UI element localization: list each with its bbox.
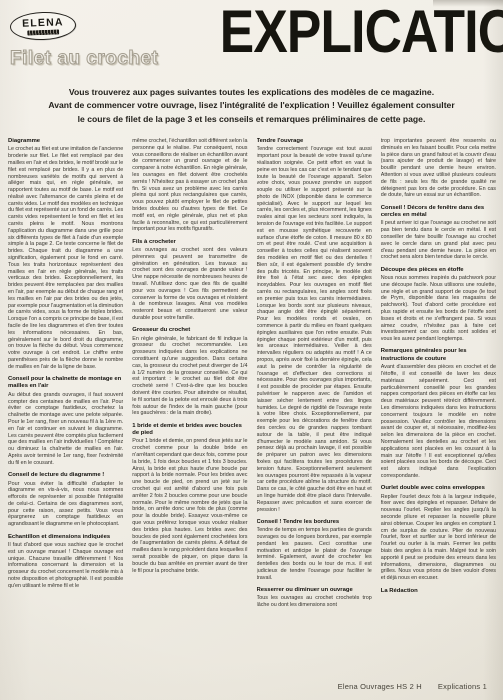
section-heading: Diagramme [8, 138, 123, 145]
section-heading: Conseil ! Décors de fenêtre dans des cer… [381, 205, 496, 220]
section-heading: Découpe des pièces en étoffe [381, 267, 496, 274]
section-heading: Conseil ! Tendre les bordures [257, 519, 372, 526]
section-heading: La Rédaction [381, 588, 496, 595]
footer-issue: Elena Ouvrages HS 2 H [338, 682, 422, 691]
section-body: Il peut arriver ici que l'ouvrage au cro… [381, 220, 496, 261]
section-body: Pour 1 bride et demie, on prend deux jet… [132, 438, 247, 574]
section-heading: Fils à crocheter [132, 239, 247, 246]
page-title: EXPLICATIONS [220, 2, 503, 62]
section-body: même crochet, l'échantillon soit différe… [132, 138, 247, 233]
page-footer: Elena Ouvrages HS 2 H Explications 1 [338, 682, 487, 691]
section-body: Au début des grands ouvrages, il faut so… [8, 392, 123, 467]
text-column-3: Tendre l'ouvrageTendre correctement l'ou… [257, 138, 372, 680]
section-heading: Ourlet double avec coins enveloppes [381, 485, 496, 492]
section-heading: Conseil de lecture du diagramme ! [8, 472, 123, 479]
logo-bar [27, 29, 59, 35]
text-column-1: DiagrammeLe crochet au filet est une imi… [8, 138, 123, 680]
section-body: Nous nous sommes inspirés du patchwork p… [381, 275, 496, 343]
section-heading: Resserrer ou diminuer un ouvrage [257, 587, 372, 594]
section-body: Le crochet au filet est une imitation de… [8, 146, 123, 370]
section-heading: Tendre l'ouvrage [257, 138, 372, 145]
section-heading: Conseil pour la chaînette de montage en … [8, 376, 123, 391]
section-body: En règle générale, le fabricant de fil i… [132, 336, 247, 418]
article-columns: DiagrammeLe crochet au filet est une imi… [0, 132, 503, 680]
section-body: Pour vous éviter la difficulté d'adapter… [8, 481, 123, 529]
section-heading: Remarques générales pour les instruction… [381, 348, 496, 363]
section-body: Tendre de temps en temps les parties de … [257, 527, 372, 581]
section-body: Tous les ouvrages au crochet crochetés t… [257, 595, 372, 609]
section-heading: Echantillon et dimensions indiquées [8, 534, 123, 541]
intro-paragraph: Vous trouverez aux pages suivantes toute… [24, 86, 479, 126]
magazine-page: ELENA Filet au crochet EXPLICATIONS Vous… [0, 0, 503, 700]
brand-block: ELENA Filet au crochet [10, 8, 160, 70]
page-header: ELENA Filet au crochet EXPLICATIONS [0, 0, 503, 70]
elena-logo: ELENA [10, 11, 77, 41]
section-body: trop importantes peuvent être resserrés … [381, 138, 496, 199]
section-body: Il faut d'abord que vous sachiez que le … [8, 542, 123, 590]
logo-text: ELENA [22, 17, 64, 29]
section-body: Replier l'ourlet deux fois à la largeur … [381, 494, 496, 582]
series-banner: Filet au crochet [10, 48, 160, 70]
section-heading: Grosseur du crochet [132, 327, 247, 334]
section-body: Tendre correctement l'ouvrage est tout a… [257, 146, 372, 513]
text-column-2: même crochet, l'échantillon soit différe… [132, 138, 247, 680]
section-heading: 1 bride et demie et brides avec boucles … [132, 423, 247, 438]
section-body: Les ouvrages au crochet sont des valeurs… [132, 247, 247, 322]
section-body: Avant d'assembler des pièces en crochet … [381, 364, 496, 480]
footer-page-number: Explications 1 [438, 682, 487, 691]
text-column-4: trop importantes peuvent être resserrés … [381, 138, 496, 680]
